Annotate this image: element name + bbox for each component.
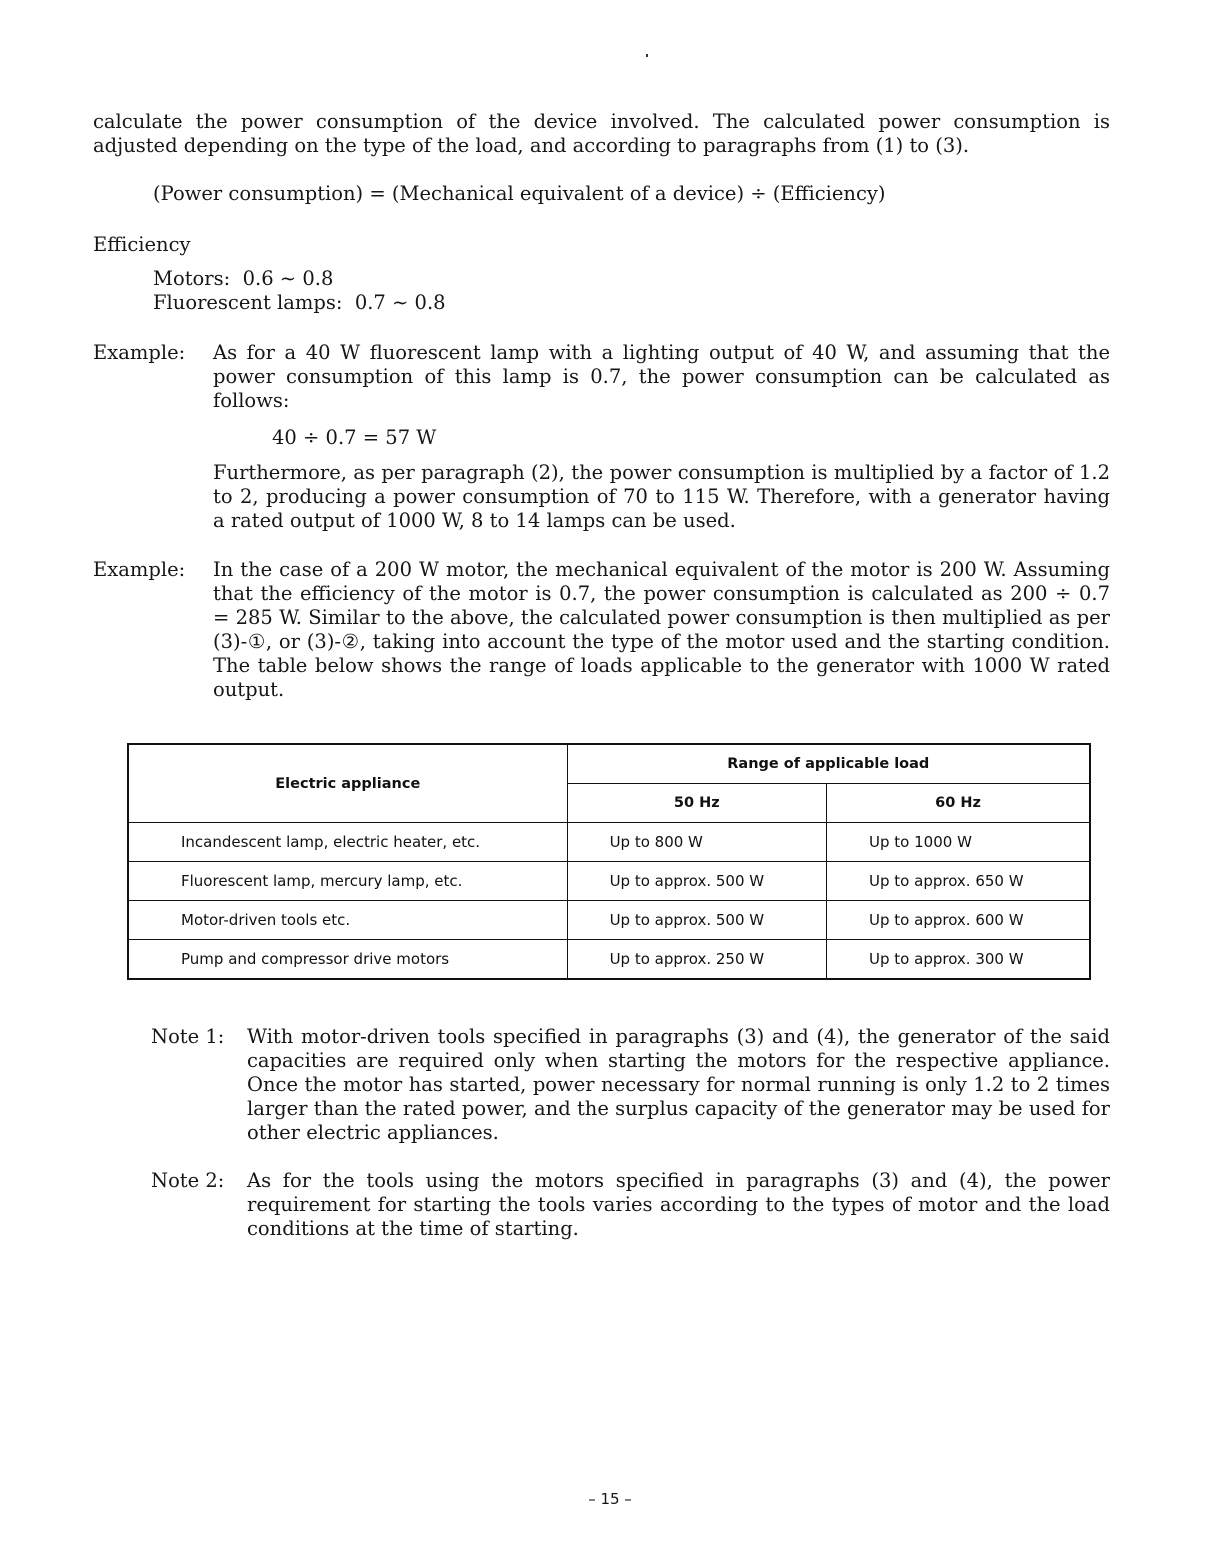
scan-artifact-mark (646, 54, 648, 57)
appliance-cell: Pump and compressor drive motors (128, 940, 567, 980)
appliance-cell: Incandescent lamp, electric heater, etc. (128, 823, 567, 862)
load-50hz-cell: Up to approx. 500 W (567, 862, 826, 901)
load-60hz-cell: Up to 1000 W (827, 823, 1090, 862)
efficiency-label: Motors: (153, 267, 230, 290)
appliance-cell: Motor-driven tools etc. (128, 901, 567, 940)
load-60hz-cell: Up to approx. 650 W (827, 862, 1090, 901)
load-60hz-cell: Up to approx. 600 W (827, 901, 1090, 940)
table-row: Pump and compressor drive motors Up to a… (128, 940, 1090, 980)
header-60hz: 60 Hz (827, 784, 1090, 823)
load-50hz-cell: Up to approx. 250 W (567, 940, 826, 980)
table-row: Incandescent lamp, electric heater, etc.… (128, 823, 1090, 862)
efficiency-item-fluorescent-lamps: Fluorescent lamps: 0.7 ∼ 0.8 (153, 291, 446, 315)
example-2-text: In the case of a 200 W motor, the mechan… (213, 558, 1110, 702)
table-row: Motor-driven tools etc. Up to approx. 50… (128, 901, 1090, 940)
header-electric-appliance: Electric appliance (128, 744, 567, 823)
example-2-label: Example: (93, 558, 185, 582)
example-1-text: As for a 40 W fluorescent lamp with a li… (213, 341, 1110, 413)
intro-paragraph: calculate the power consumption of the d… (93, 110, 1110, 158)
note-1-text: With motor-driven tools specified in par… (247, 1025, 1110, 1145)
header-50hz: 50 Hz (567, 784, 826, 823)
load-50hz-cell: Up to 800 W (567, 823, 826, 862)
note-1-label: Note 1: (151, 1025, 224, 1049)
example-1-continuation: Furthermore, as per paragraph (2), the p… (213, 461, 1110, 533)
efficiency-range: 0.7 ∼ 0.8 (355, 291, 446, 314)
applicable-load-table: Electric appliance Range of applicable l… (127, 743, 1091, 980)
table-row: Fluorescent lamp, mercury lamp, etc. Up … (128, 862, 1090, 901)
example-1-label: Example: (93, 341, 185, 365)
efficiency-range: 0.6 ∼ 0.8 (243, 267, 334, 290)
load-50hz-cell: Up to approx. 500 W (567, 901, 826, 940)
header-range-of-applicable-load: Range of applicable load (567, 744, 1090, 784)
efficiency-label: Fluorescent lamps: (153, 291, 342, 314)
page-number: – 15 – (0, 1490, 1220, 1508)
power-consumption-formula: (Power consumption) = (Mechanical equiva… (153, 182, 1053, 206)
efficiency-heading: Efficiency (93, 233, 191, 257)
example-1-calculation: 40 ÷ 0.7 = 57 W (272, 426, 436, 450)
note-2-label: Note 2: (151, 1169, 224, 1193)
appliance-cell: Fluorescent lamp, mercury lamp, etc. (128, 862, 567, 901)
load-60hz-cell: Up to approx. 300 W (827, 940, 1090, 980)
document-page: calculate the power consumption of the d… (0, 0, 1220, 1564)
efficiency-item-motors: Motors: 0.6 ∼ 0.8 (153, 267, 333, 291)
note-2-text: As for the tools using the motors specif… (247, 1169, 1110, 1241)
